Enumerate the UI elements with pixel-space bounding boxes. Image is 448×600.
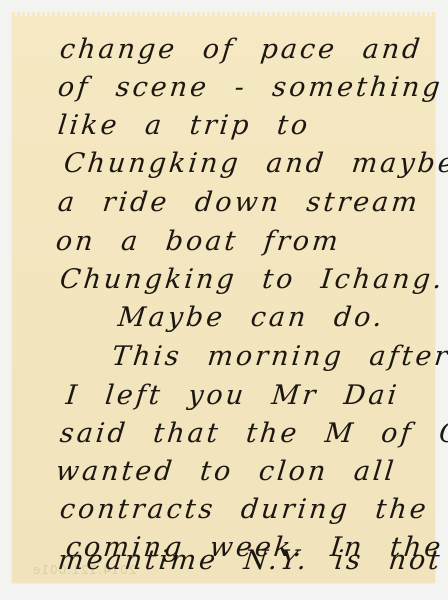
handwritten-line-10: I left you Mr Dai xyxy=(64,380,401,411)
perforated-top-edge xyxy=(12,12,435,16)
handwritten-line-5: a ride down stream xyxy=(56,187,421,218)
letter-page: change of pace and of scene - something … xyxy=(12,14,435,583)
handwritten-line-11: said that the M of C xyxy=(58,418,448,449)
handwritten-line-2: of scene - something xyxy=(56,72,444,103)
handwritten-line-7: Chungking to Ichang. xyxy=(58,264,446,295)
handwritten-line-6: on a boat from xyxy=(54,226,342,257)
handwritten-line-1: change of pace and xyxy=(58,34,424,65)
handwritten-line-8: Maybe can do. xyxy=(116,302,386,333)
handwritten-line-12: wanted to clon all xyxy=(54,456,398,487)
bleed-through-accession-stamp: 2014.121.001e xyxy=(32,563,136,577)
handwritten-line-13: contracts during the xyxy=(58,494,430,525)
handwritten-line-3: like a trip to xyxy=(56,110,312,141)
handwritten-line-9: This morning after xyxy=(110,341,448,372)
handwritten-line-4: Chungking and maybe xyxy=(62,148,448,179)
